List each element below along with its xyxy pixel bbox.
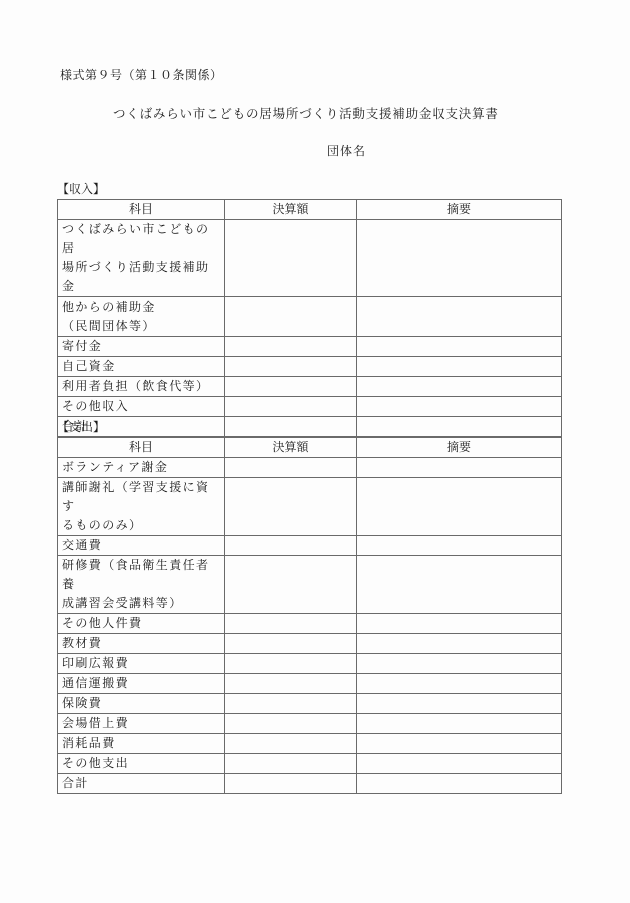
table-row: 印刷広報費 [58,654,562,674]
row-notes-cell[interactable] [357,536,562,556]
row-item-label: 講師謝礼（学習支援に資す るもののみ） [58,478,225,536]
table-row: 会場借上費 [58,714,562,734]
row-notes-cell[interactable] [357,754,562,774]
table-row: 合計 [58,417,562,437]
form-number: 様式第９号（第１０条関係） [60,66,223,83]
row-item-label: つくばみらい市こどもの居 場所づくり活動支援補助金 [58,220,225,297]
row-item-label: 消耗品費 [58,734,225,754]
table-row: 消耗品費 [58,734,562,754]
row-notes-cell[interactable] [357,654,562,674]
table-row: つくばみらい市こどもの居 場所づくり活動支援補助金 [58,220,562,297]
table-row: 教材費 [58,634,562,654]
row-amount-cell[interactable] [225,337,357,357]
table-row: 通信運搬費 [58,674,562,694]
row-item-label: 寄付金 [58,337,225,357]
row-amount-cell[interactable] [225,694,357,714]
row-item-label: その他収入 [58,397,225,417]
table-row: 寄付金 [58,337,562,357]
row-item-label: 印刷広報費 [58,654,225,674]
row-amount-cell[interactable] [225,478,357,536]
row-item-label: その他人件費 [58,614,225,634]
table-row: 講師謝礼（学習支援に資す るもののみ） [58,478,562,536]
row-amount-cell[interactable] [225,674,357,694]
table-header-row: 科目 決算額 摘要 [58,438,562,458]
row-amount-cell[interactable] [225,536,357,556]
row-notes-cell[interactable] [357,714,562,734]
expense-table: 科目 決算額 摘要 ボランティア謝金講師謝礼（学習支援に資す るもののみ）交通費… [57,437,562,794]
row-amount-cell[interactable] [225,614,357,634]
row-item-label: 保険費 [58,694,225,714]
table-row: 他からの補助金 （民間団体等） [58,297,562,337]
row-item-label: 利用者負担（飲食代等） [58,377,225,397]
row-notes-cell[interactable] [357,614,562,634]
column-header-notes: 摘要 [357,438,562,458]
row-amount-cell[interactable] [225,714,357,734]
table-row: その他人件費 [58,614,562,634]
organization-name-label: 団体名 [327,142,366,159]
row-notes-cell[interactable] [357,774,562,794]
row-item-label: 研修費（食品衛生責任者養 成講習会受講料等） [58,556,225,614]
row-item-label: 会場借上費 [58,714,225,734]
row-amount-cell[interactable] [225,397,357,417]
income-rows: つくばみらい市こどもの居 場所づくり活動支援補助金他からの補助金 （民間団体等）… [58,220,562,437]
row-amount-cell[interactable] [225,774,357,794]
income-section-label: 【収入】 [57,180,105,197]
expense-section-label: 【支出】 [57,418,105,435]
row-item-label: ボランティア謝金 [58,458,225,478]
row-item-label: 合計 [58,774,225,794]
row-notes-cell[interactable] [357,734,562,754]
row-notes-cell[interactable] [357,674,562,694]
table-row: 利用者負担（飲食代等） [58,377,562,397]
row-notes-cell[interactable] [357,458,562,478]
table-row: その他支出 [58,754,562,774]
table-header-row: 科目 決算額 摘要 [58,200,562,220]
row-amount-cell[interactable] [225,556,357,614]
row-notes-cell[interactable] [357,478,562,536]
row-notes-cell[interactable] [357,220,562,297]
table-row: 交通費 [58,536,562,556]
row-amount-cell[interactable] [225,377,357,397]
row-item-label: 自己資金 [58,357,225,377]
table-row: 自己資金 [58,357,562,377]
row-amount-cell[interactable] [225,634,357,654]
row-notes-cell[interactable] [357,337,562,357]
document-title: つくばみらい市こどもの居場所づくり活動支援補助金収支決算書 [113,104,499,122]
column-header-amount: 決算額 [225,438,357,458]
row-notes-cell[interactable] [357,417,562,437]
row-amount-cell[interactable] [225,654,357,674]
row-amount-cell[interactable] [225,458,357,478]
row-notes-cell[interactable] [357,297,562,337]
column-header-item: 科目 [58,438,225,458]
row-notes-cell[interactable] [357,634,562,654]
table-row: ボランティア謝金 [58,458,562,478]
row-amount-cell[interactable] [225,417,357,437]
table-row: その他収入 [58,397,562,417]
column-header-notes: 摘要 [357,200,562,220]
row-amount-cell[interactable] [225,220,357,297]
row-notes-cell[interactable] [357,556,562,614]
row-amount-cell[interactable] [225,297,357,337]
income-table: 科目 決算額 摘要 つくばみらい市こどもの居 場所づくり活動支援補助金他からの補… [57,199,562,437]
row-amount-cell[interactable] [225,734,357,754]
row-item-label: 他からの補助金 （民間団体等） [58,297,225,337]
row-item-label: その他支出 [58,754,225,774]
row-item-label: 教材費 [58,634,225,654]
row-notes-cell[interactable] [357,694,562,714]
column-header-amount: 決算額 [225,200,357,220]
table-row: 合計 [58,774,562,794]
row-item-label: 通信運搬費 [58,674,225,694]
row-amount-cell[interactable] [225,357,357,377]
row-notes-cell[interactable] [357,377,562,397]
column-header-item: 科目 [58,200,225,220]
table-row: 研修費（食品衛生責任者養 成講習会受講料等） [58,556,562,614]
row-amount-cell[interactable] [225,754,357,774]
row-item-label: 交通費 [58,536,225,556]
row-notes-cell[interactable] [357,357,562,377]
expense-rows: ボランティア謝金講師謝礼（学習支援に資す るもののみ）交通費研修費（食品衛生責任… [58,458,562,794]
table-row: 保険費 [58,694,562,714]
row-notes-cell[interactable] [357,397,562,417]
